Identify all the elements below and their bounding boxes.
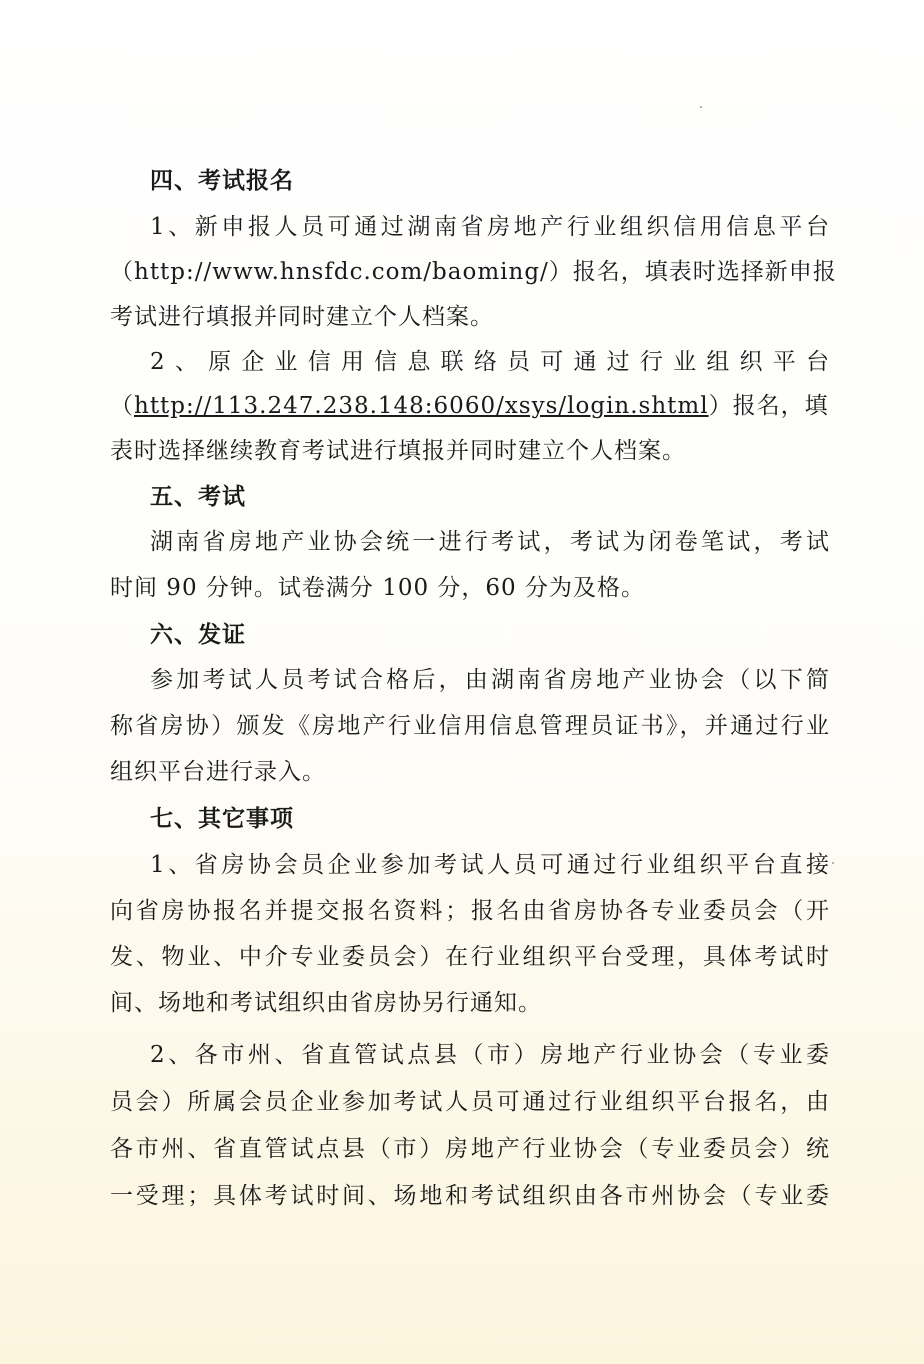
section-7-item-2-line-4: 一受理；具体考试时间、场地和考试组织由各市州协会（专业委 [110, 1181, 830, 1211]
paren-open: （ [110, 393, 134, 419]
section-7-item-1-line-2: 向省房协报名并提交报名资料；报名由省房协各专业委员会（开 [110, 896, 830, 926]
scan-speck [700, 106, 702, 108]
section-4-item-2-line-1: 2、原企业信用信息联络员可通过行业组织平台 [150, 347, 830, 377]
section-6-line-3: 组织平台进行录入。 [110, 757, 830, 787]
section-5-heading: 五、考试 [150, 482, 870, 512]
login-url-link[interactable]: http://113.247.238.148:6060/xsys/login.s… [134, 393, 709, 419]
section-6-line-1: 参加考试人员考试合格后，由湖南省房地产业协会（以下简 [150, 665, 830, 695]
section-7-item-1-line-3: 发、物业、中介专业委员会）在行业组织平台受理，具体考试时 [110, 942, 830, 972]
section-4-item-1-line-3: 考试进行填报并同时建立个人档案。 [110, 302, 830, 332]
section-4-item-2-line-2: （http://113.247.238.148:6060/xsys/login.… [110, 391, 830, 421]
section-7-item-2-line-1: 2、各市州、省直管试点县（市）房地产行业协会（专业委 [150, 1040, 830, 1070]
section-7-item-1-line-4: 间、场地和考试组织由省房协另行通知。 [110, 988, 830, 1018]
section-5-line-2: 时间 90 分钟。试卷满分 100 分，60 分为及格。 [110, 573, 830, 603]
section-6-line-2: 称省房协）颁发《房地产行业信用信息管理员证书》，并通过行业 [110, 711, 830, 741]
section-6-heading: 六、发证 [150, 620, 870, 650]
section-7-item-1-line-1: 1、省房协会员企业参加考试人员可通过行业组织平台直接 [150, 850, 830, 880]
document-page: 四、考试报名 1、新申报人员可通过湖南省房地产行业组织信用信息平台 （http:… [0, 0, 924, 1364]
paren-rest: ）报名，填 [709, 393, 829, 419]
section-7-heading: 七、其它事项 [150, 804, 870, 834]
section-4-item-1-line-1: 1、新申报人员可通过湖南省房地产行业组织信用信息平台 [150, 212, 830, 242]
section-4-item-1-line-2: （http://www.hnsfdc.com/baoming/）报名，填表时选择… [110, 257, 830, 287]
section-4-heading: 四、考试报名 [150, 166, 870, 196]
section-7-item-2-line-3: 各市州、省直管试点县（市）房地产行业协会（专业委员会）统 [110, 1134, 830, 1164]
section-4-item-2-line-3: 表时选择继续教育考试进行填报并同时建立个人档案。 [110, 436, 830, 466]
section-5-line-1: 湖南省房地产业协会统一进行考试，考试为闭卷笔试，考试 [150, 527, 830, 557]
section-7-item-2-line-2: 员会）所属会员企业参加考试人员可通过行业组织平台报名，由 [110, 1087, 830, 1117]
scan-speck [832, 862, 834, 864]
